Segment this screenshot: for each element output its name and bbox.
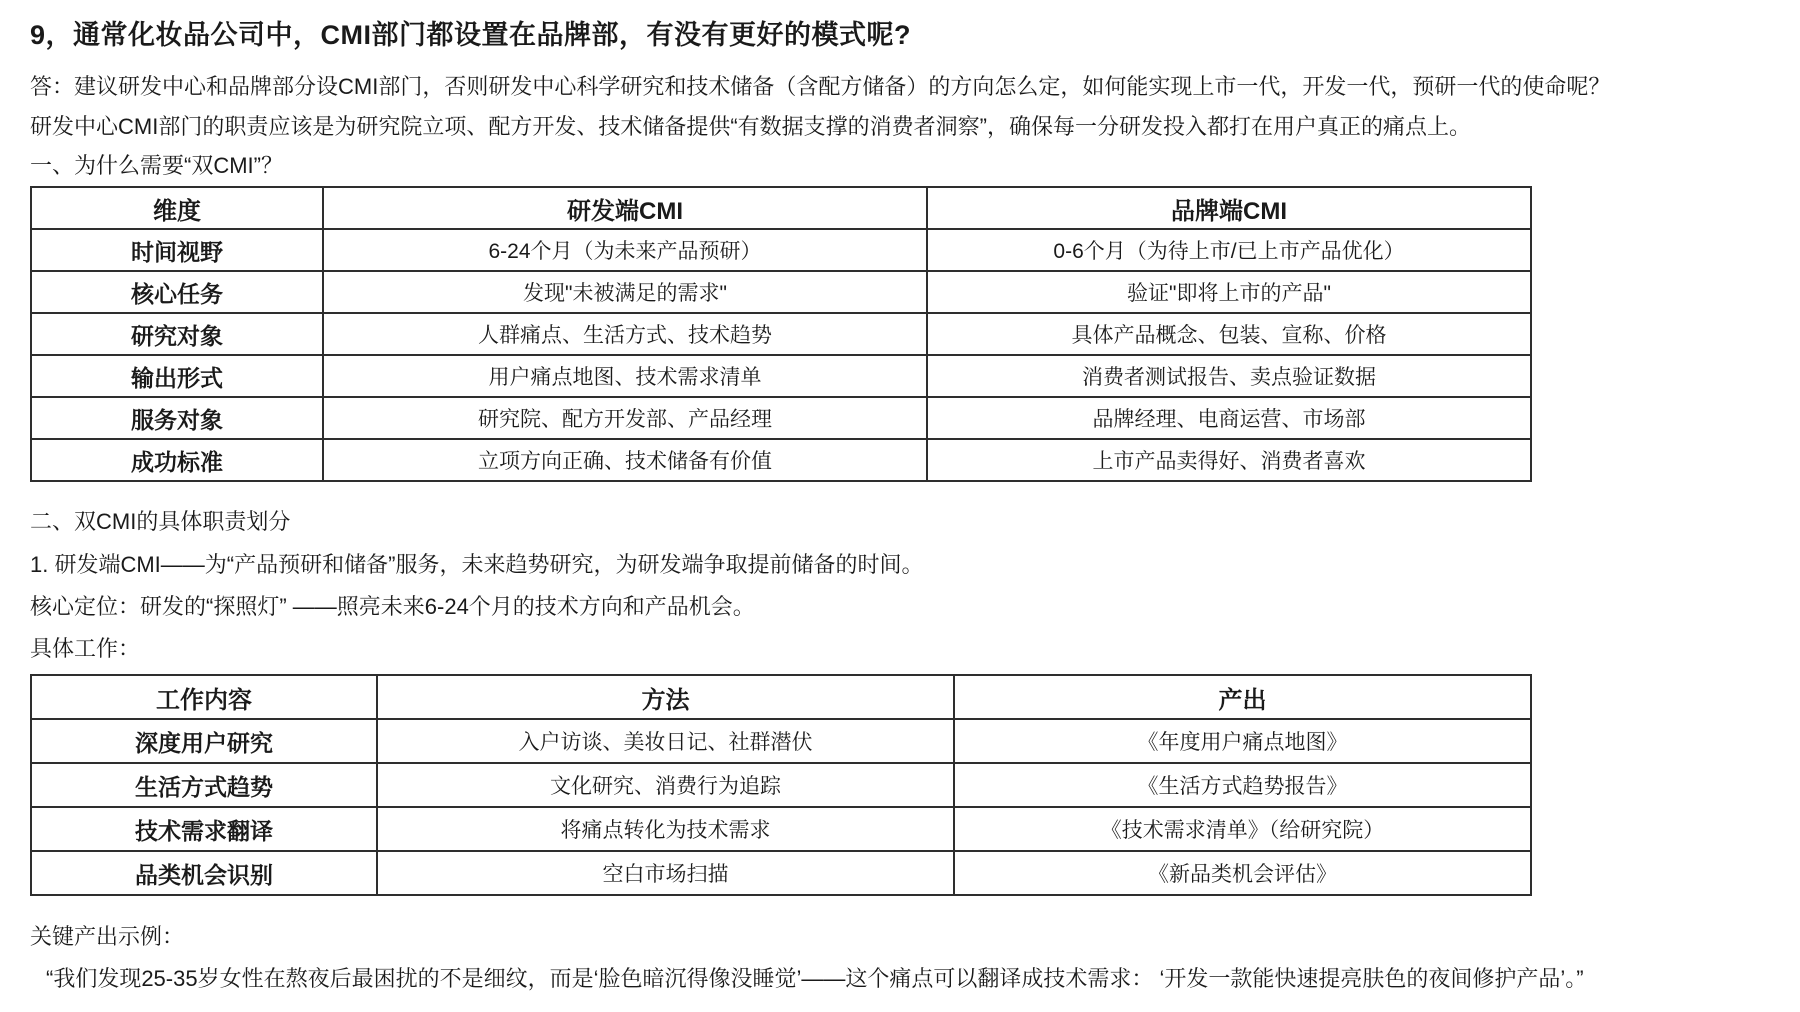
cmi-comparison-table-wrap: 维度研发端CMI品牌端CMI时间视野6-24个月（为未来产品预研）0-6个月（为… xyxy=(30,186,1770,482)
row-label: 服务对象 xyxy=(31,397,323,439)
rd-cmi-work-table: 工作内容方法产出深度用户研究入户访谈、美妆日记、社群潜伏《年度用户痛点地图》生活… xyxy=(30,674,1532,896)
column-header: 品牌端CMI xyxy=(927,187,1531,229)
table-row: 生活方式趋势文化研究、消费行为追踪《生活方式趋势报告》 xyxy=(31,763,1531,807)
cell: 文化研究、消费行为追踪 xyxy=(377,763,954,807)
work-label: 具体工作： xyxy=(30,634,1770,664)
cell: 品牌经理、电商运营、市场部 xyxy=(927,397,1531,439)
row-label: 成功标准 xyxy=(31,439,323,481)
table-row: 品类机会识别空白市场扫描《新品类机会评估》 xyxy=(31,851,1531,895)
row-label: 研究对象 xyxy=(31,313,323,355)
cell: 《年度用户痛点地图》 xyxy=(954,719,1531,763)
table-row: 成功标准立项方向正确、技术储备有价值上市产品卖得好、消费者喜欢 xyxy=(31,439,1531,481)
row-label: 输出形式 xyxy=(31,355,323,397)
table-header-row: 工作内容方法产出 xyxy=(31,675,1531,719)
table-row: 核心任务发现"未被满足的需求"验证"即将上市的产品" xyxy=(31,271,1531,313)
key-output-label: 关键产出示例： xyxy=(30,922,1770,952)
cell: 0-6个月（为待上市/已上市产品优化） xyxy=(927,229,1531,271)
cell: 研究院、配方开发部、产品经理 xyxy=(323,397,927,439)
cell: 将痛点转化为技术需求 xyxy=(377,807,954,851)
cell: 发现"未被满足的需求" xyxy=(323,271,927,313)
cell: 验证"即将上市的产品" xyxy=(927,271,1531,313)
column-header: 产出 xyxy=(954,675,1531,719)
table-row: 研究对象人群痛点、生活方式、技术趋势具体产品概念、包装、宣称、价格 xyxy=(31,313,1531,355)
table-row: 时间视野6-24个月（为未来产品预研）0-6个月（为待上市/已上市产品优化） xyxy=(31,229,1531,271)
cell: 具体产品概念、包装、宣称、价格 xyxy=(927,313,1531,355)
row-label: 品类机会识别 xyxy=(31,851,377,895)
section2-heading: 二、双CMI的具体职责划分 xyxy=(30,508,1770,536)
key-output-quote: “我们发现25-35岁女性在熬夜后最困扰的不是细纹，而是‘脸色暗沉得像没睡觉’—… xyxy=(30,964,1770,994)
cell: 《新品类机会评估》 xyxy=(954,851,1531,895)
table-header-row: 维度研发端CMI品牌端CMI xyxy=(31,187,1531,229)
section1-heading: 一、为什么需要“双CMI”？ xyxy=(30,152,1770,180)
rd-cmi-work-table-wrap: 工作内容方法产出深度用户研究入户访谈、美妆日记、社群潜伏《年度用户痛点地图》生活… xyxy=(30,674,1770,896)
rd-cmi-definition: 1. 研发端CMI——为“产品预研和储备”服务，未来趋势研究，为研发端争取提前储… xyxy=(30,550,1770,580)
answer-paragraph-line2: 研发中心CMI部门的职责应该是为研究院立项、配方开发、技术储备提供“有数据支撑的… xyxy=(30,112,1770,142)
table-row: 技术需求翻译将痛点转化为技术需求《技术需求清单》（给研究院） xyxy=(31,807,1531,851)
column-header: 工作内容 xyxy=(31,675,377,719)
cell: 入户访谈、美妆日记、社群潜伏 xyxy=(377,719,954,763)
cell: 立项方向正确、技术储备有价值 xyxy=(323,439,927,481)
cell: 上市产品卖得好、消费者喜欢 xyxy=(927,439,1531,481)
question-title: 9，通常化妆品公司中，CMI部门都设置在品牌部，有没有更好的模式呢? xyxy=(30,18,1770,52)
cell: 《技术需求清单》（给研究院） xyxy=(954,807,1531,851)
cell: 6-24个月（为未来产品预研） xyxy=(323,229,927,271)
table-row: 深度用户研究入户访谈、美妆日记、社群潜伏《年度用户痛点地图》 xyxy=(31,719,1531,763)
cell: 用户痛点地图、技术需求清单 xyxy=(323,355,927,397)
column-header: 维度 xyxy=(31,187,323,229)
answer-paragraph-line1: 答：建议研发中心和品牌部分设CMI部门，否则研发中心科学研究和技术储备（含配方储… xyxy=(30,72,1770,102)
row-label: 时间视野 xyxy=(31,229,323,271)
row-label: 生活方式趋势 xyxy=(31,763,377,807)
cell: 《生活方式趋势报告》 xyxy=(954,763,1531,807)
row-label: 核心任务 xyxy=(31,271,323,313)
document: 9，通常化妆品公司中，CMI部门都设置在品牌部，有没有更好的模式呢? 答：建议研… xyxy=(0,0,1800,994)
cell: 消费者测试报告、卖点验证数据 xyxy=(927,355,1531,397)
cmi-comparison-table: 维度研发端CMI品牌端CMI时间视野6-24个月（为未来产品预研）0-6个月（为… xyxy=(30,186,1532,482)
column-header: 研发端CMI xyxy=(323,187,927,229)
cell: 人群痛点、生活方式、技术趋势 xyxy=(323,313,927,355)
column-header: 方法 xyxy=(377,675,954,719)
cell: 空白市场扫描 xyxy=(377,851,954,895)
core-positioning: 核心定位：研发的“探照灯” ——照亮未来6-24个月的技术方向和产品机会。 xyxy=(30,592,1770,622)
table-row: 输出形式用户痛点地图、技术需求清单消费者测试报告、卖点验证数据 xyxy=(31,355,1531,397)
table-row: 服务对象研究院、配方开发部、产品经理品牌经理、电商运营、市场部 xyxy=(31,397,1531,439)
row-label: 深度用户研究 xyxy=(31,719,377,763)
row-label: 技术需求翻译 xyxy=(31,807,377,851)
